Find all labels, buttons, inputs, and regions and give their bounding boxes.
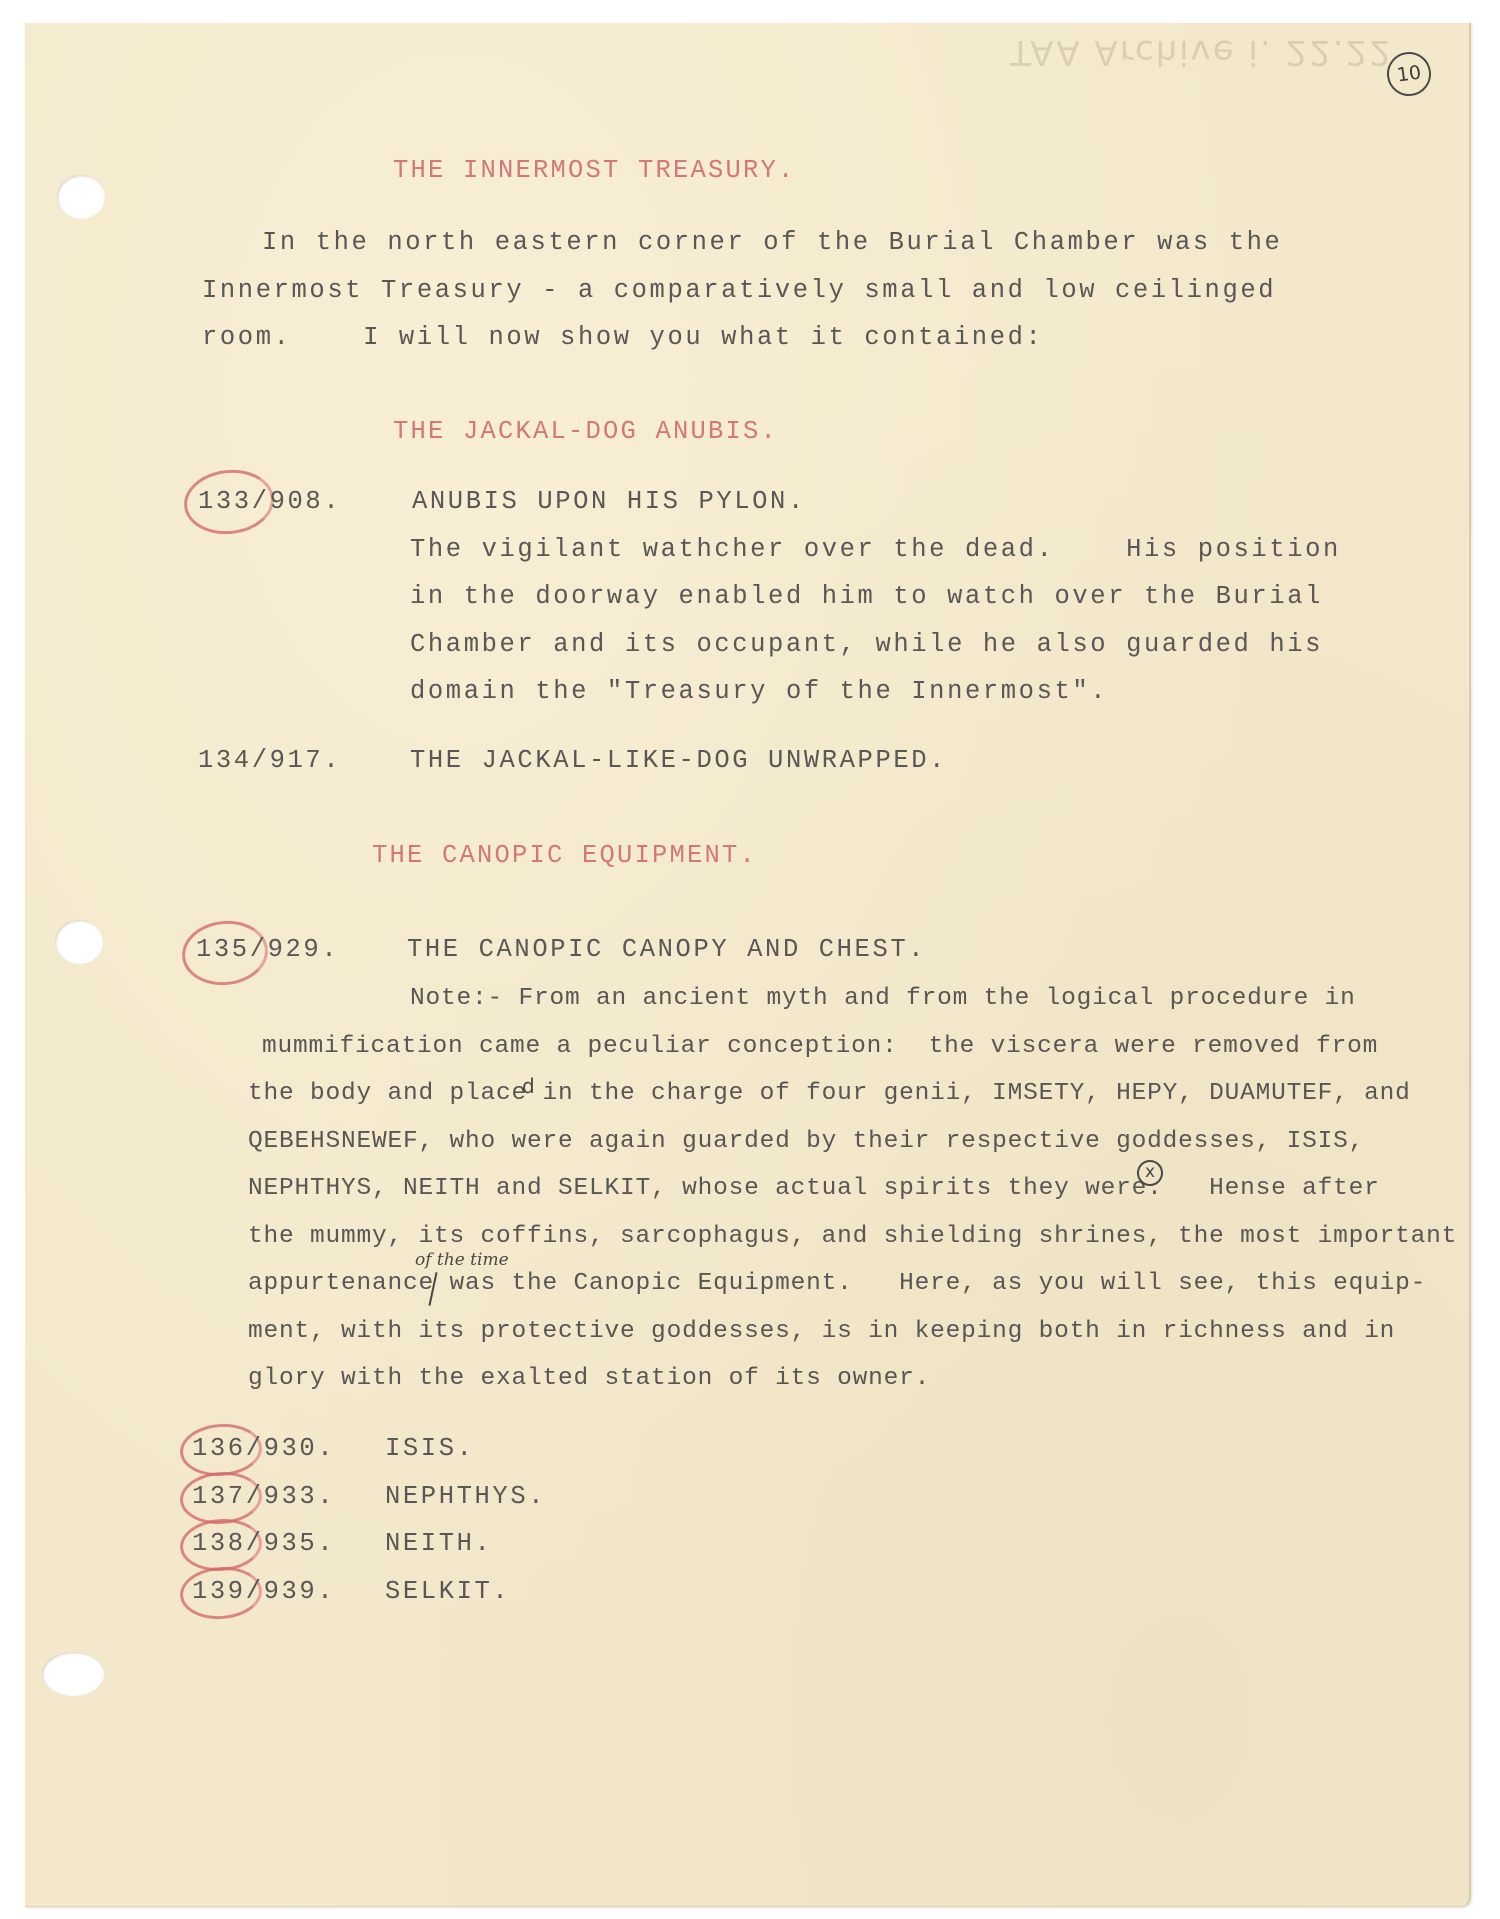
entry-number-138: 138/935. [192,1531,335,1557]
intro-line-1: In the north eastern corner of the Buria… [262,230,1282,256]
entry-desc-133-line-2: in the doorway enabled him to watch over… [410,584,1323,610]
heading-innermost-treasury: THE INNERMOST TREASURY. [393,158,796,184]
inserted-text-of-the-time: of the time [415,1250,509,1270]
entry-number-133: 133/908. [198,489,341,515]
note-line-7: appurtenance was the Canopic Equipment. … [248,1272,1426,1297]
entry-title-134: THE JACKAL-LIKE-DOG UNWRAPPED. [410,748,947,774]
entry-title-138: NEITH. [385,1531,492,1557]
entry-title-133: ANUBIS UPON HIS PYLON. [412,489,806,515]
punch-hole-top [57,175,105,219]
intro-line-3: room. I will now show you what it contai… [202,325,1043,351]
entry-number-136: 136/930. [192,1436,335,1462]
entry-desc-133-line-1: The vigilant wathcher over the dead. His… [410,537,1341,563]
entry-title-137: NEPHTHYS. [385,1484,546,1510]
entry-title-139: SELKIT. [385,1579,510,1605]
note-line-1: Note:- From an ancient myth and from the… [410,987,1356,1012]
note-line-3: the body and place in the charge of four… [248,1082,1411,1107]
note-line-4: QEBEHSNEWEF, who were again guarded by t… [248,1130,1364,1155]
punch-hole-middle [55,920,103,964]
archive-stamp: TAA Archive i. 22.22 [1010,32,1393,72]
circled-x-mark: x [1137,1160,1163,1186]
note-line-5: NEPHTHYS, NEITH and SELKIT, whose actual… [248,1177,1380,1202]
heading-jackal-dog-anubis: THE JACKAL-DOG ANUBIS. [393,419,778,445]
heading-canopic-equipment: THE CANOPIC EQUIPMENT. [372,843,757,869]
entry-number-139: 139/939. [192,1579,335,1605]
entry-desc-133-line-4: domain the "Treasury of the Innermost". [410,679,1108,705]
note-line-8: ment, with its protective goddesses, is … [248,1320,1395,1345]
note-line-2: mummification came a peculiar conception… [262,1035,1378,1060]
entry-desc-133-line-3: Chamber and its occupant, while he also … [410,632,1323,658]
punch-hole-bottom [42,1652,104,1696]
insert-d-mark: d [522,1074,535,1098]
entry-title-136: ISIS. [385,1436,475,1462]
entry-title-135: THE CANOPIC CANOPY AND CHEST. [407,937,926,963]
entry-number-137: 137/933. [192,1484,335,1510]
note-line-9: glory with the exalted station of its ow… [248,1367,930,1392]
intro-line-2: Innermost Treasury - a comparatively sma… [202,278,1276,304]
entry-number-135: 135/929. [196,937,339,963]
entry-number-134: 134/917. [198,748,341,774]
note-line-6: the mummy, its coffins, sarcophagus, and… [248,1225,1457,1250]
